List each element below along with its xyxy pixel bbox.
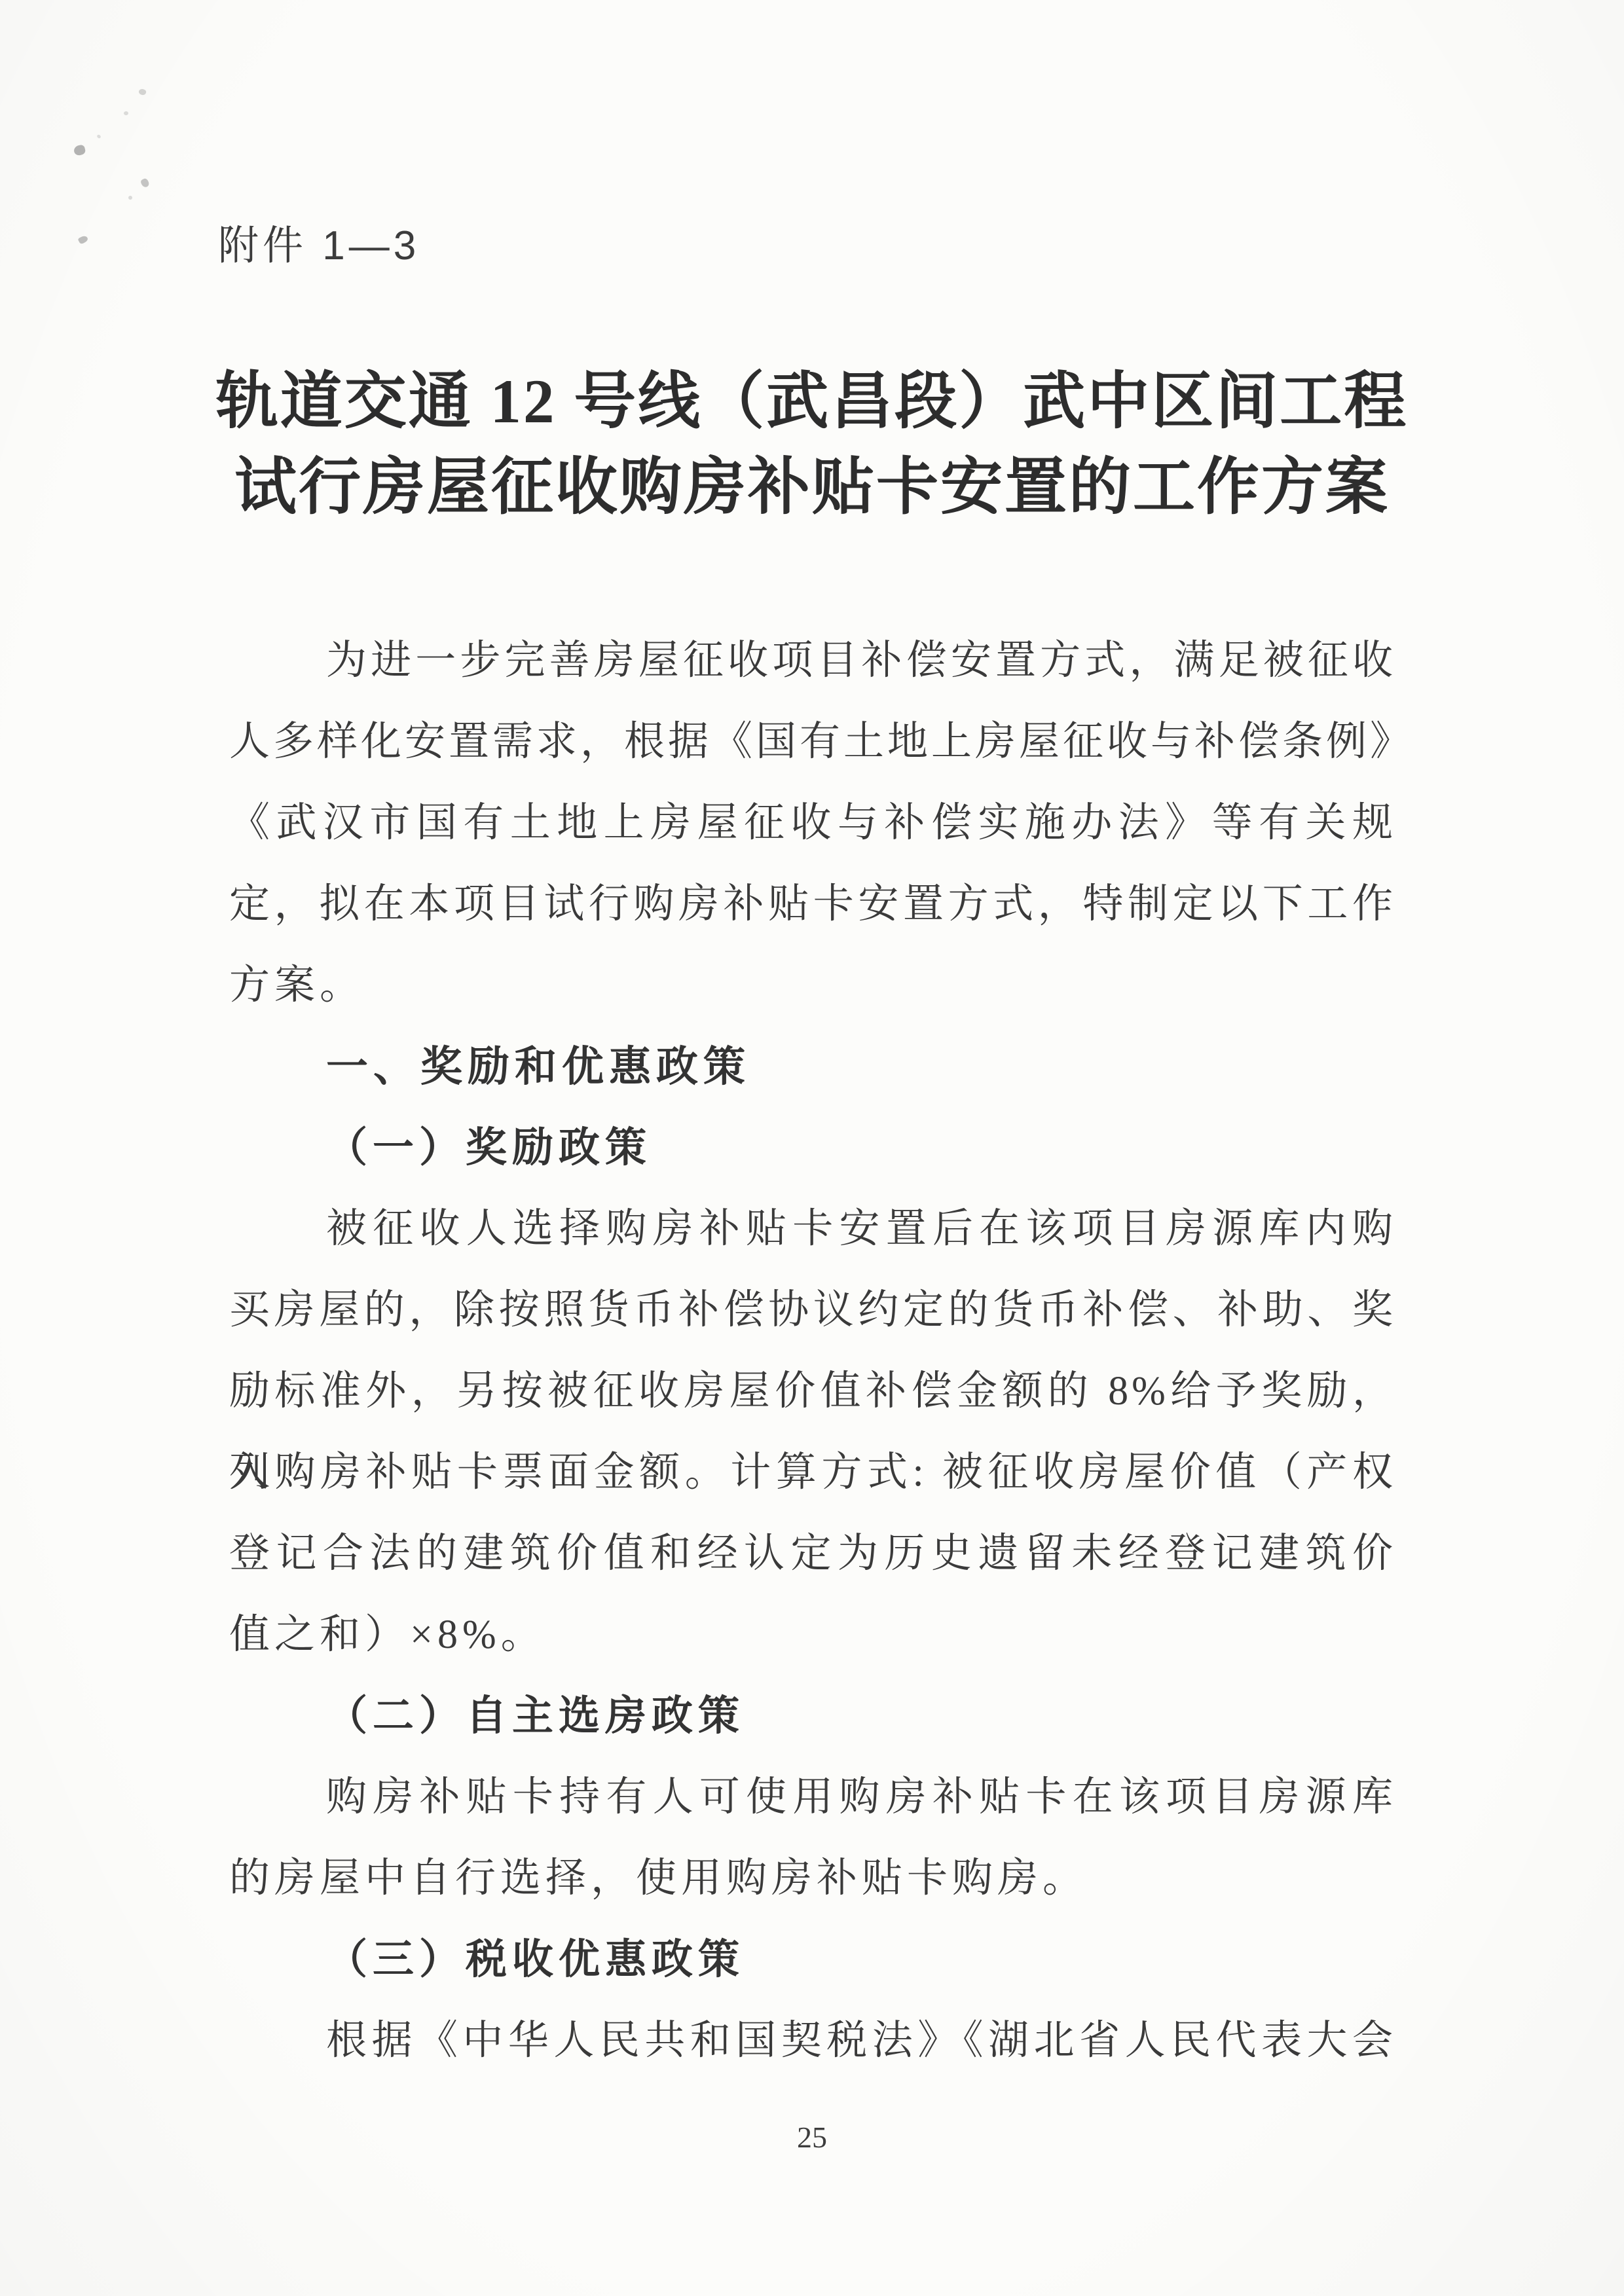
text-line: 登记合法的建筑价值和经认定为历史遗留未经登记建筑价 bbox=[229, 1513, 1396, 1594]
document-blocks: 为进一步完善房屋征收项目补偿安置方式，满足被征收人多样化安置需求，根据《国有土地… bbox=[229, 620, 1396, 2081]
text-line: 入购房补贴卡票面金额。计算方式: 被征收房屋价值（产权 bbox=[229, 1432, 1396, 1513]
document-title: 轨道交通 12 号线（武昌段）武中区间工程 试行房屋征收购房补贴卡安置的工作方案 bbox=[157, 359, 1467, 530]
text-line: 为进一步完善房屋征收项目补偿安置方式，满足被征收 bbox=[229, 620, 1396, 701]
scanned-document-page: 附件 1—3 轨道交通 12 号线（武昌段）武中区间工程 试行房屋征收购房补贴卡… bbox=[0, 0, 1624, 2296]
ink-speck bbox=[124, 111, 128, 115]
text-line: 购房补贴卡持有人可使用购房补贴卡在该项目房源库 bbox=[229, 1757, 1396, 1838]
text-line: 《武汉市国有土地上房屋征收与补偿实施办法》等有关规 bbox=[229, 782, 1396, 864]
ink-speck bbox=[128, 196, 132, 200]
page-number: 25 bbox=[0, 2120, 1624, 2155]
ink-speck bbox=[140, 177, 151, 189]
ink-speck bbox=[77, 234, 88, 244]
text-line: 定，拟在本项目试行购房补贴卡安置方式，特制定以下工作 bbox=[229, 864, 1396, 945]
ink-speck bbox=[73, 144, 86, 156]
text-line: （三）税收优惠政策 bbox=[229, 1919, 1396, 2000]
text-line: 根据《中华人民共和国契税法》《湖北省人民代表大会 bbox=[229, 2000, 1396, 2081]
title-line-2: 试行房屋征收购房补贴卡安置的工作方案 bbox=[157, 445, 1467, 530]
text-line: 的房屋中自行选择，使用购房补贴卡购房。 bbox=[229, 1838, 1396, 1919]
title-line-1: 轨道交通 12 号线（武昌段）武中区间工程 bbox=[157, 359, 1467, 445]
text-line: 值之和）×8%。 bbox=[229, 1594, 1396, 1675]
attachment-label: 附件 1—3 bbox=[218, 221, 420, 271]
text-line: （二）自主选房政策 bbox=[229, 1675, 1396, 1757]
text-line: （一）奖励政策 bbox=[229, 1107, 1396, 1188]
text-line: 一、奖励和优惠政策 bbox=[229, 1026, 1396, 1107]
text-line: 被征收人选择购房补贴卡安置后在该项目房源库内购 bbox=[229, 1188, 1396, 1269]
text-line: 买房屋的，除按照货币补偿协议约定的货币补偿、补助、奖 bbox=[229, 1269, 1396, 1351]
ink-speck bbox=[138, 88, 147, 96]
text-line: 方案。 bbox=[229, 945, 1396, 1026]
text-line: 人多样化安置需求，根据《国有土地上房屋征收与补偿条例》 bbox=[229, 701, 1396, 782]
text-line: 励标准外，另按被征收房屋价值补偿金额的 8%给予奖励，列 bbox=[229, 1351, 1396, 1432]
ink-speck bbox=[96, 134, 101, 139]
